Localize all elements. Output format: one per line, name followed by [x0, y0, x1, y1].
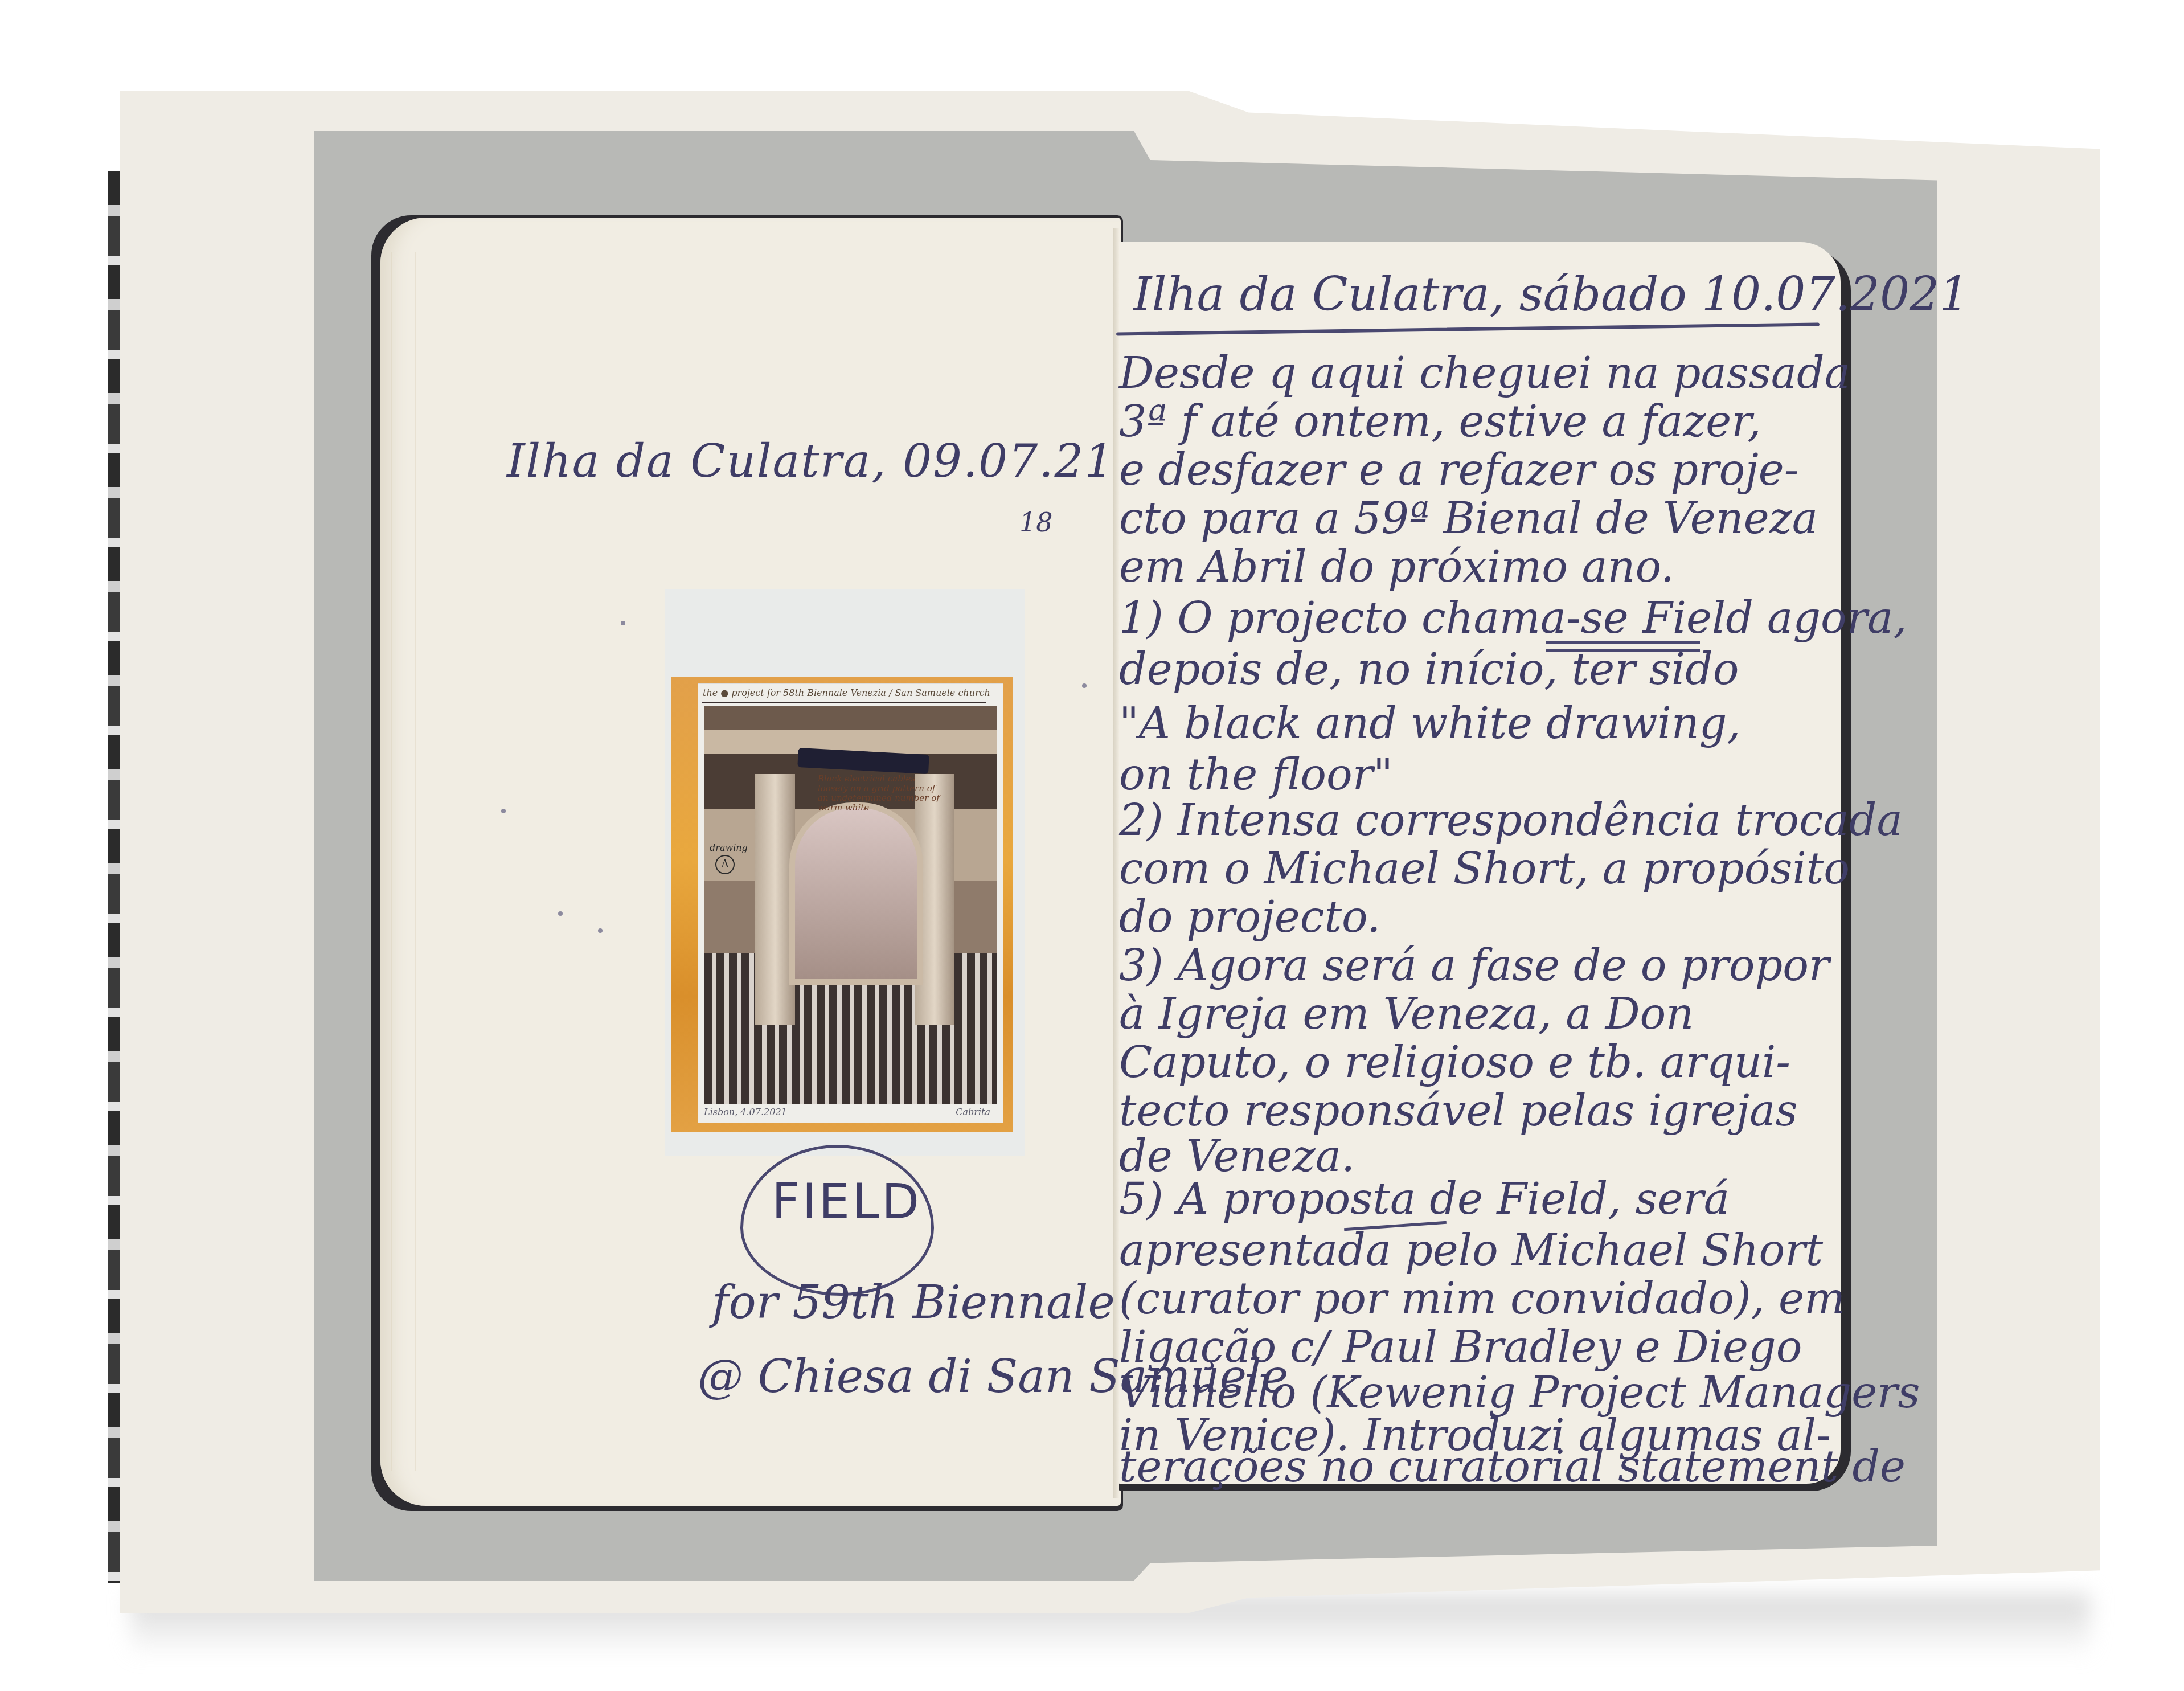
journal-line: 2) Intensa correspondência trocada: [1119, 795, 1903, 845]
ink-speck: [558, 911, 563, 916]
journal-line: tecto responsável pelas igrejas: [1119, 1085, 1797, 1136]
journal-line: terações no curatorial statement de: [1119, 1441, 1906, 1492]
photo-header-rule: [702, 702, 986, 703]
journal-line: 1) O projecto chama-se Field agora,: [1119, 592, 1907, 643]
left-note-line-1: for 59th Biennale: [712, 1276, 1115, 1329]
apse-arch: [789, 802, 923, 985]
right-page-heading: Ilha da Culatra, sábado 10.07.2021: [1133, 268, 1969, 322]
church-drawing-photo: the ● project for 58th Biennale Venezia …: [698, 683, 1003, 1123]
journal-line: 5) A proposta de Field, será: [1119, 1173, 1730, 1224]
ink-speck: [1082, 683, 1087, 688]
journal-line: 3) Agora será a fase de o propor: [1119, 940, 1829, 990]
journal-line: com o Michael Short, a propósito: [1119, 843, 1850, 894]
ink-speck: [501, 809, 506, 813]
drawing-letter-circle: A: [715, 855, 735, 874]
journal-line: "A black and white drawing,: [1119, 698, 1741, 748]
journal-line: em Abril do próximo ano.: [1119, 541, 1674, 592]
journal-line: depois de, no início, ter sido: [1119, 644, 1739, 694]
journal-line: apresentada pelo Michael Short: [1119, 1225, 1823, 1275]
journal-line: e desfazer e a refazer os proje-: [1119, 444, 1798, 495]
left-page-heading: Ilha da Culatra, 09.07.21: [507, 439, 1114, 484]
journal-line: à Igreja em Veneza, a Don: [1119, 988, 1694, 1039]
page-stack-edge: [391, 252, 416, 1471]
scribbled-out-text: [797, 748, 929, 774]
journal-line: cto para a 59ª Bienal de Veneza: [1119, 493, 1818, 543]
field-label: FIELD: [772, 1173, 921, 1230]
ink-speck: [598, 928, 603, 933]
photo-header: the ● project for 58th Biennale Venezia …: [703, 687, 990, 698]
church-interior-image: Black electrical cables loosely on a gri…: [704, 706, 997, 1104]
journal-line: 3ª f até ontem, estive a fazer,: [1119, 396, 1761, 447]
journal-line: (curator por mim convidado), em: [1119, 1273, 1845, 1324]
journal-line: Desde q aqui cheguei na passada: [1119, 347, 1850, 398]
photo-annotation: Black electrical cables loosely on a gri…: [818, 774, 940, 813]
journal-line: Caputo, o religioso e tb. arqui-: [1119, 1037, 1790, 1087]
ink-speck: [621, 621, 625, 625]
journal-line: on the floor": [1119, 749, 1393, 800]
journal-line: ligação c/ Paul Bradley e Diego: [1119, 1321, 1802, 1372]
photo-footer-place-date: Lisbon, 4.07.2021: [704, 1107, 787, 1117]
journal-line: do projecto.: [1119, 891, 1381, 942]
drawing-label: drawing: [710, 842, 748, 853]
book-cover-edge-left: [108, 171, 121, 1583]
photo-footer-signature: Cabrita: [956, 1107, 990, 1117]
left-page-time-note: 18: [1019, 507, 1053, 538]
